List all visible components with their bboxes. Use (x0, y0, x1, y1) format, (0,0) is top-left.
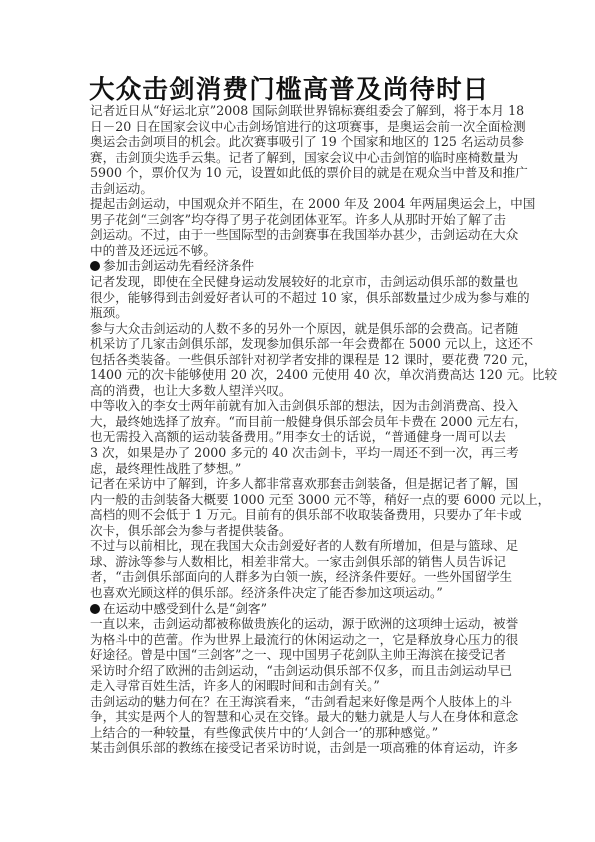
text-line: 走入寻常百姓生活，许多人的闲暇时间和击剑有关。” (90, 678, 510, 694)
text-line: 上结合的一种较量，有些像武侠片中的‘人剑合一’的那种感觉。” (90, 725, 510, 741)
text-line: 赛，击剑顶尖选手云集。记者了解到，国家会议中心击剑馆的临时座椅数量为 (90, 150, 506, 166)
text-line: 机采访了几家击剑俱乐部，发现参加俱乐部一年会费都在 5000 元以上，这还不 (90, 336, 506, 352)
text-line: 虑，最终理性战胜了梦想。” (90, 461, 510, 477)
text-line: 大，最终她选择了放弃。“而目前一般健身俱乐部会员年卡费在 2000 元左右， (90, 414, 506, 430)
paragraph: 中等收入的李女士两年前就有加入击剑俱乐部的想法，因为击剑消费高、投入大，最终她选… (90, 398, 510, 476)
text-line: 击剑运动的魅力何在？在王海滨看来，“击剑看起来好像是两个人肢体上的斗 (90, 694, 506, 710)
text-line: 内一般的击剑装备大概要 1000 元至 3000 元不等，稍好一点的要 6000… (90, 492, 506, 508)
bullet-icon (90, 261, 100, 271)
paragraph: 不过与以前相比，现在我国大众击剑爱好者的人数有所增加，但是与篮球、足球、游泳等参… (90, 538, 510, 600)
document-page: 大众击剑消费门槛高普及尚待时日 记者近日从“好运北京”2008 国际剑联世界锦标… (0, 0, 595, 842)
article-title: 大众击剑消费门槛高普及尚待时日 (89, 76, 490, 104)
text-line: 在运动中感受到什么是“剑客” (90, 601, 510, 617)
text-line: 男子花剑“三剑客”均夺得了男子花剑团体亚军。许多人从那时开始了解了击 (90, 212, 506, 228)
text-line: 次卡，俱乐部会为参与者提供装备。 (90, 523, 510, 539)
text-line: 记者近日从“好运北京”2008 国际剑联世界锦标赛组委会了解到，将于本月 18 (90, 103, 506, 119)
text-line: 也喜欢光顾这样的俱乐部。经济条件决定了能否参加这项运动。” (90, 585, 510, 601)
text-line: 3 次，如果是办了 2000 多元的 40 次击剑卡，平均一周还不到一次，再三考 (90, 445, 506, 461)
text-line: 日－20 日在国家会议中心击剑场馆进行的这项赛事，是奥运会前一次全面检测 (90, 119, 506, 135)
paragraph: 某击剑俱乐部的教练在接受记者采访时说，击剑是一项高雅的体育运动，许多 (90, 740, 510, 756)
text-line: 中的普及还远远不够。 (90, 243, 510, 259)
text-line: 包括各类装备。一些俱乐部针对初学者安排的课程是 12 课时，要花费 720 元， (90, 352, 506, 368)
bullet-icon (90, 604, 100, 614)
text-line: 好途径。曾是中国“三剑客”之一、现中国男子花剑队主帅王海滨在接受记者 (90, 647, 506, 663)
text-line: 1400 元的次卡能够使用 20 次，2400 元使用 40 次，单次消费高达 … (90, 367, 506, 383)
paragraph: 记者发现，即使在全民健身运动发展较好的北京市，击剑运动俱乐部的数量也很少，能够得… (90, 274, 510, 321)
paragraph: 击剑运动的魅力何在？在王海滨看来，“击剑看起来好像是两个人肢体上的斗争，其实是两… (90, 694, 510, 741)
text-line: 参与大众击剑运动的人数不多的另外一个原因，就是俱乐部的会费高。记者随 (90, 321, 506, 337)
heading-text: 在运动中感受到什么是“剑客” (103, 601, 267, 616)
text-line: 者，“击剑俱乐部面向的人群多为白领一族，经济条件要好。一些外国留学生 (90, 569, 506, 585)
section-heading: 参加击剑运动先看经济条件 (90, 258, 510, 274)
paragraph: 记者近日从“好运北京”2008 国际剑联世界锦标赛组委会了解到，将于本月 18日… (90, 103, 510, 196)
text-line: 中等收入的李女士两年前就有加入击剑俱乐部的想法，因为击剑消费高、投入 (90, 398, 506, 414)
text-line: 5900 个，票价仅为 10 元，设置如此低的票价目的就是在观众当中普及和推广 (90, 165, 506, 181)
text-line: 记者发现，即使在全民健身运动发展较好的北京市，击剑运动俱乐部的数量也 (90, 274, 506, 290)
text-line: 记者在采访中了解到，许多人都非常喜欢那套击剑装备，但是据记者了解，国 (90, 476, 506, 492)
paragraph: 记者在采访中了解到，许多人都非常喜欢那套击剑装备，但是据记者了解，国内一般的击剑… (90, 476, 510, 538)
text-line: 提起击剑运动，中国观众并不陌生，在 2000 年及 2004 年两届奥运会上，中… (90, 196, 506, 212)
text-line: 也无需投入高额的运动装备费用。”用李女士的话说，“普通健身一周可以去 (90, 429, 506, 445)
text-line: 高的消费，也让大多数人望洋兴叹。 (90, 383, 510, 399)
text-line: 奥运会击剑项目的机会。此次赛事吸引了 19 个国家和地区的 125 名运动员参 (90, 134, 506, 150)
section-heading: 在运动中感受到什么是“剑客” (90, 601, 510, 617)
text-line: 瓶颈。 (90, 305, 510, 321)
heading-text: 参加击剑运动先看经济条件 (103, 258, 254, 273)
text-line: 高档的则不会低于 1 万元。目前有的俱乐部不收取装备费用，只要办了年卡或 (90, 507, 506, 523)
paragraph: 提起击剑运动，中国观众并不陌生，在 2000 年及 2004 年两届奥运会上，中… (90, 196, 510, 258)
text-line: 一直以来，击剑运动都被称做贵族化的运动，源于欧洲的这项绅士运动，被誉 (90, 616, 506, 632)
text-line: 某击剑俱乐部的教练在接受记者采访时说，击剑是一项高雅的体育运动，许多 (90, 740, 510, 756)
article-body: 记者近日从“好运北京”2008 国际剑联世界锦标赛组委会了解到，将于本月 18日… (90, 103, 510, 756)
text-line: 剑运动。不过，由于一些国际型的击剑赛事在我国举办甚少，击剑运动在大众 (90, 227, 506, 243)
text-line: 参加击剑运动先看经济条件 (90, 258, 510, 274)
text-line: 为格斗中的芭蕾。作为世界上最流行的休闲运动之一，它是释放身心压力的很 (90, 632, 506, 648)
text-line: 击剑运动。 (90, 181, 510, 197)
paragraph: 一直以来，击剑运动都被称做贵族化的运动，源于欧洲的这项绅士运动，被誉为格斗中的芭… (90, 616, 510, 694)
text-line: 很少，能够得到击剑爱好者认可的不超过 10 家，俱乐部数量过少成为参与难的 (90, 290, 506, 306)
text-line: 球、游泳等参与人数相比，相差非常大。一家击剑俱乐部的销售人员告诉记 (90, 554, 506, 570)
text-line: 争，其实是两个人的智慧和心灵在交锋。最大的魅力就是人与人在身体和意念 (90, 709, 506, 725)
text-line: 采访时介绍了欧洲的击剑运动，“击剑运动俱乐部不仅多，而且击剑运动早已 (90, 663, 506, 679)
paragraph: 参与大众击剑运动的人数不多的另外一个原因，就是俱乐部的会费高。记者随机采访了几家… (90, 321, 510, 399)
text-line: 不过与以前相比，现在我国大众击剑爱好者的人数有所增加，但是与篮球、足 (90, 538, 506, 554)
